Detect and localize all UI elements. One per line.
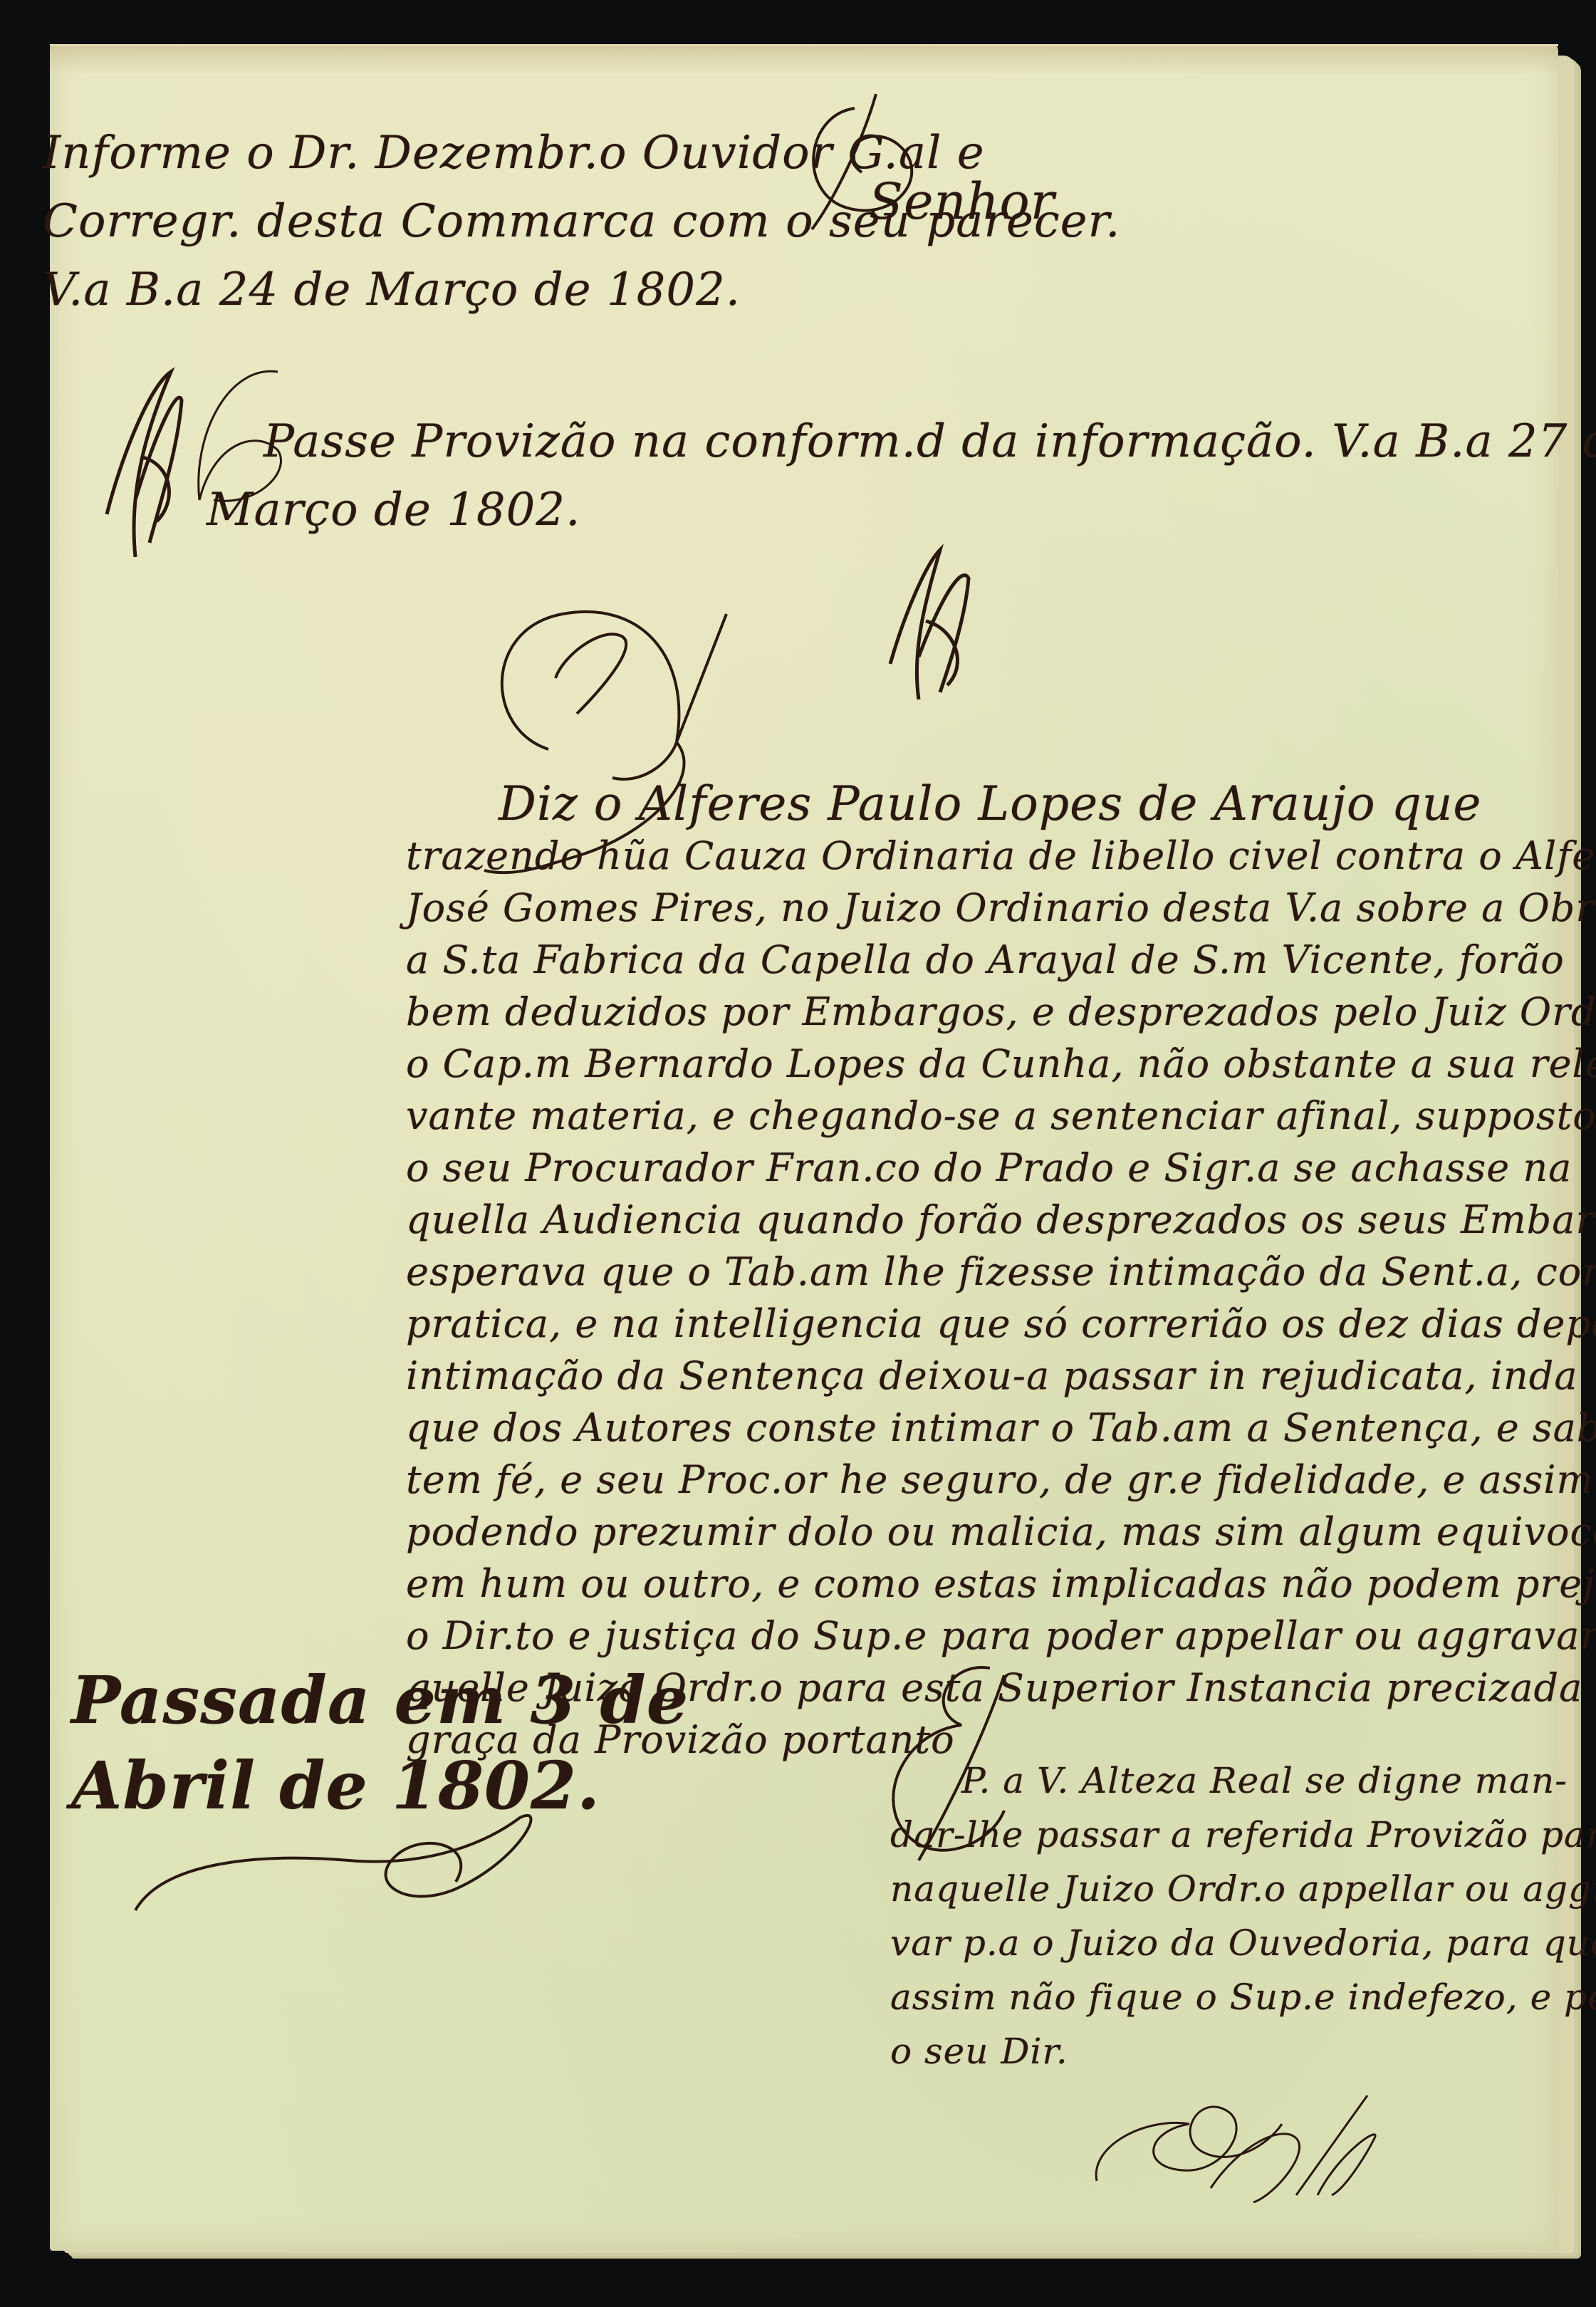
body-line: vante materia, e chegando-se a sentencia… bbox=[406, 1090, 1596, 1142]
passada-line: Passada em 3 de bbox=[71, 1657, 689, 1743]
body-line: bem deduzidos por Embargos, e desprezado… bbox=[406, 986, 1596, 1038]
body-line: tem fé, e seu Proc.or he seguro, de gr.e… bbox=[406, 1454, 1596, 1506]
closing-line: P. a V. Alteza Real se digne man- bbox=[961, 1754, 1596, 1808]
dispatch-line: V.a B.a 24 de Março de 1802. bbox=[43, 256, 1120, 324]
passada-flourish-icon bbox=[121, 1803, 563, 1917]
body-line: esperava que o Tab.am lhe fizesse intima… bbox=[406, 1246, 1596, 1298]
passe-initial-flourish-icon bbox=[171, 358, 313, 528]
closing-line: o seu Dir. bbox=[890, 2024, 1596, 2078]
body-line: pratica, e na intelligencia que só corre… bbox=[406, 1298, 1596, 1350]
body-line: podendo prezumir dolo ou malicia, mas si… bbox=[406, 1506, 1596, 1558]
closing-line: naquelle Juizo Ordr.o appellar ou aggra- bbox=[890, 1862, 1596, 1916]
passada-note: Passada em 3 de Abril de 1802. bbox=[71, 1657, 689, 1828]
center-rubric-icon: M bbox=[869, 536, 990, 707]
erm-monogram-signature-icon: ERM bbox=[1083, 2081, 1410, 2224]
closing-line: dar-lhe passar a referida Provizão para bbox=[890, 1808, 1596, 1862]
body-line: intimação da Sentença deixou-a passar in… bbox=[406, 1350, 1596, 1402]
second-dispatch: Passe Provizão na conform.d da informaçã… bbox=[264, 407, 1596, 544]
petition-body: Diz o Alferes Paulo Lopes de Araujo que … bbox=[406, 778, 1596, 1766]
dispatch-line: Passe Provizão na conform.d da informaçã… bbox=[264, 407, 1596, 476]
body-line: que dos Autores conste intimar o Tab.am … bbox=[406, 1402, 1596, 1454]
manuscript-page: Informe o Dr. Dezembr.o Ouvidor G.al e C… bbox=[50, 44, 1558, 2251]
body-line: em hum ou outro, e como estas implicadas… bbox=[406, 1558, 1596, 1610]
body-line: o Cap.m Bernardo Lopes da Cunha, não obs… bbox=[406, 1038, 1596, 1090]
closing-line: assim não fique o Sup.e indefezo, e perd… bbox=[890, 1970, 1596, 2024]
closing-request: P. a V. Alteza Real se digne man- dar-lh… bbox=[890, 1754, 1596, 2078]
closing-line: var p.a o Juizo da Ouvedoria, para que bbox=[890, 1916, 1596, 1970]
dispatch-line: Março de 1802. bbox=[207, 476, 1596, 544]
body-line: José Gomes Pires, no Juizo Ordinario des… bbox=[406, 882, 1596, 934]
body-line: o seu Procurador Fran.co do Prado e Sigr… bbox=[406, 1142, 1596, 1194]
body-line: quella Audiencia quando forão desprezado… bbox=[406, 1194, 1596, 1246]
body-line: a S.ta Fabrica da Capella do Arayal de S… bbox=[406, 934, 1596, 986]
body-line: trazendo hũa Cauza Ordinaria de libello … bbox=[406, 830, 1596, 882]
salutation-flourish-icon bbox=[791, 87, 961, 244]
body-line: Diz o Alferes Paulo Lopes de Araujo que bbox=[499, 778, 1596, 830]
